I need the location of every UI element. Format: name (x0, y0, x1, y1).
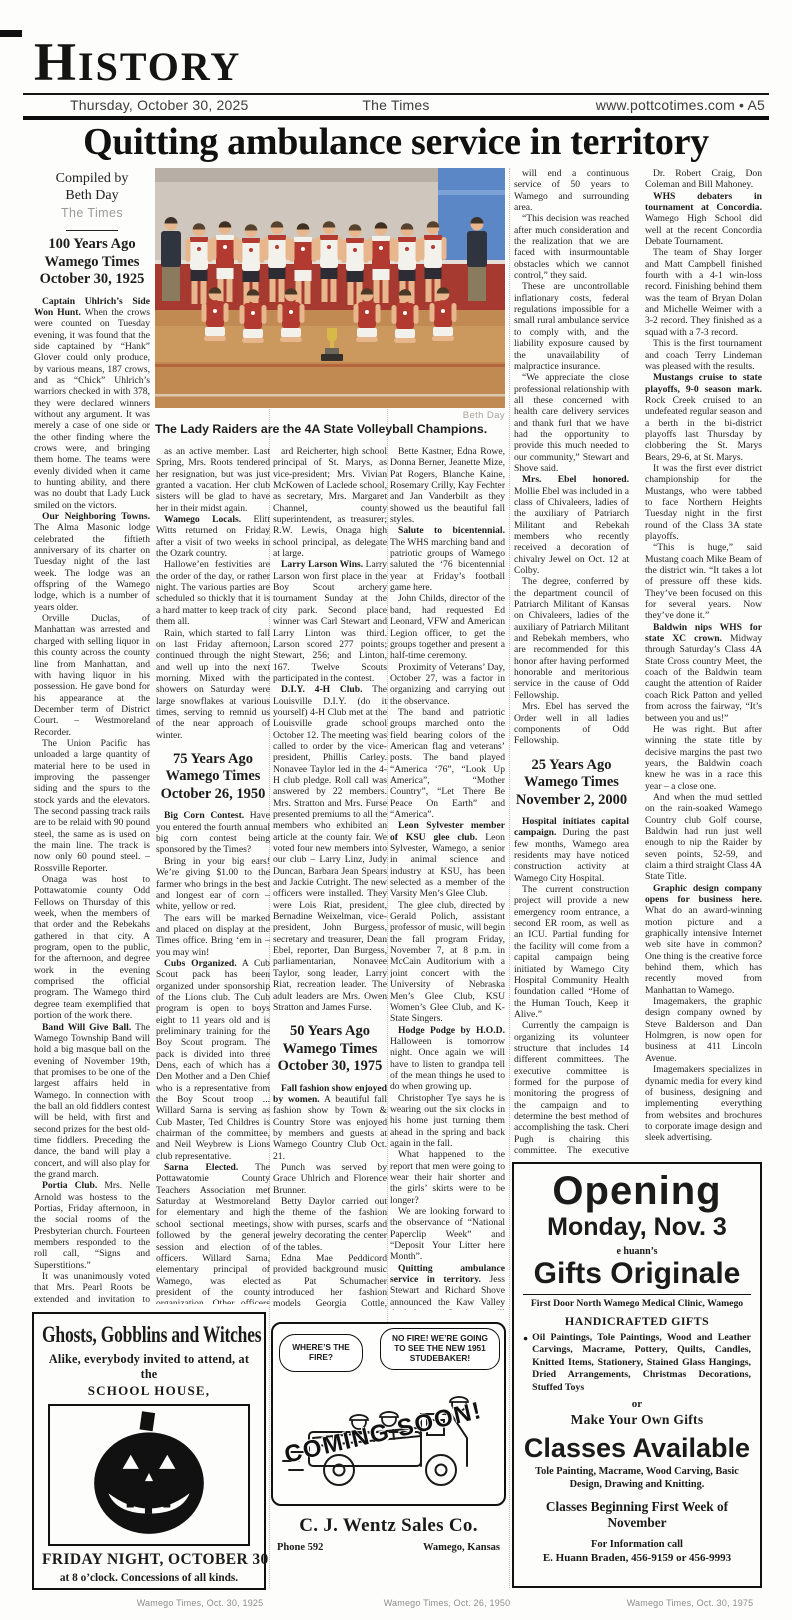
gifts-ad-classlist: Tole Painting, Macrame, Wood Carving, Ba… (523, 1466, 751, 1492)
news-paragraph: Portia Club. Mrs. Nelle Arnold was hoste… (34, 1180, 150, 1271)
halloween-ad-details: at 8 o’clock. Concessions of all kinds. (42, 1572, 256, 1584)
news-paragraph: ard Reicherter, high school principal of… (273, 446, 387, 559)
news-paragraph: “This decision was reached after much co… (514, 213, 629, 281)
news-paragraph: These are uncontrollable inflationary co… (514, 281, 629, 372)
news-paragraph: Punch was served by Grace Uhlrich and Fl… (273, 1162, 387, 1196)
news-paragraph: Bring in your big ears! We’re giving $1.… (156, 856, 270, 913)
byline-author: Beth Day (34, 187, 150, 204)
era-heading: 50 Years AgoWamego TimesOctober 30, 1975 (273, 1023, 387, 1076)
gifts-ad-contact: E. Huann Braden, 456-9159 or 456-9993 (523, 1552, 751, 1564)
dealer-name: C. J. Wentz Sales Co. (271, 1515, 506, 1537)
news-paragraph: Imagemakers, the graphic design company … (645, 996, 762, 1064)
news-paragraph: Christopher Tye says he is wearing out t… (390, 1093, 505, 1150)
gifts-ad-opening: Opening (523, 1170, 751, 1212)
news-paragraph: The band and patriotic groups marched on… (390, 707, 505, 820)
byline-block: Compiled by Beth Day The Times (34, 170, 150, 231)
news-paragraph: The degree, conferred by the department … (514, 576, 629, 701)
news-paragraph: Mustangs cruise to state playoffs, 9-0 s… (645, 372, 762, 463)
news-paragraph: Captain Uhlrich’s Side Won Hunt. When th… (34, 296, 150, 512)
gifts-ad-date: Monday, Nov. 3 (523, 1214, 751, 1241)
photo-credit: Beth Day (155, 410, 505, 421)
gifts-ad-items-text: Oil Paintings, Tole Paintings, Wood and … (532, 1332, 751, 1394)
dateline: Thursday, October 30, 2025 The Times www… (23, 97, 769, 114)
column-gutter (509, 168, 510, 1588)
newspaper-page: History Thursday, October 30, 2025 The T… (0, 0, 792, 1620)
news-paragraph: D.I.Y. 4-H Club. The Louisville D.I.Y. (… (273, 684, 387, 1013)
news-paragraph: Band Will Give Ball. The Wamego Township… (34, 1022, 150, 1181)
news-paragraph: Onaga was host to Pottawatomie county Od… (34, 874, 150, 1021)
news-paragraph: The Union Pacific has unloaded a large q… (34, 738, 150, 874)
scan-edge-mark (0, 30, 22, 37)
news-paragraph: Quitting ambulance service in territory.… (390, 1263, 505, 1310)
news-column-5: will end a continuous service of 50 year… (514, 168, 629, 1154)
news-paragraph: Salute to bicentennial. The WHS marching… (390, 525, 505, 593)
news-paragraph: Hospital initiates capital campaign. Dur… (514, 816, 629, 884)
team-photo (155, 168, 505, 408)
news-paragraph: Currently the campaign is organizing its… (514, 1020, 629, 1154)
jack-o-lantern-icon (85, 1410, 213, 1540)
gifts-ad-name: Gifts Originale (523, 1258, 751, 1290)
news-paragraph: Baldwin nips WHS for state XC crown. Mid… (645, 622, 762, 724)
masthead-rule (23, 93, 769, 95)
news-paragraph: Sarna Elected. The Pottawatomie County T… (156, 1162, 270, 1304)
halloween-ad-date: FRIDAY NIGHT, OCTOBER 30 (42, 1551, 256, 1569)
dealer-city: Wamego, Kansas (423, 1542, 500, 1553)
news-paragraph: The current construction project will pr… (514, 884, 629, 1020)
gifts-ad-make: Make Your Own Gifts (523, 1412, 751, 1428)
dateline-date: Thursday, October 30, 2025 (70, 97, 248, 113)
source-credit-1925: Wamego Times, Oct. 30, 1925 (137, 1598, 264, 1608)
news-paragraph: We are looking forward to the observance… (390, 1206, 505, 1263)
gifts-ad-info: For Information call (523, 1539, 751, 1550)
gifts-ad-address: First Door North Wamego Medical Clinic, … (523, 1294, 751, 1309)
news-paragraph: Cubs Organized. A Cub Scout pack has bee… (156, 958, 270, 1162)
news-paragraph: Hodge Podge by H.O.D. Halloween is tomor… (390, 1025, 505, 1093)
news-paragraph: The glee club, directed by Gerald Polich… (390, 900, 505, 1025)
news-paragraph: “This is huge,” said Mustang coach Mike … (645, 542, 762, 621)
news-paragraph: And when the mud settled on the rain-soa… (645, 792, 762, 883)
source-credit-1975: Wamego Times, Oct. 30, 1975 (627, 1598, 754, 1608)
era-heading: 100 Years AgoWamego TimesOctober 30, 192… (34, 236, 150, 289)
halloween-ad-subline: Alike, everybody invited to attend, at t… (42, 1352, 256, 1382)
byline-label: Compiled by (34, 170, 150, 187)
news-paragraph: Leon Sylvester member of KSU glee club. … (390, 820, 505, 899)
news-paragraph: Edna Mae Peddicord provided background m… (273, 1253, 387, 1310)
gifts-ad-or: or (523, 1398, 751, 1410)
news-column-4: Bette Kastner, Edna Rowe, Donna Berner, … (390, 446, 505, 1310)
news-paragraph: The team of Shay Iorger and Matt Campbel… (645, 247, 762, 338)
dealer-phone: Phone 592 (277, 1542, 323, 1553)
dateline-site: www.pottcotimes.com • A5 (596, 97, 765, 113)
photo-block: Beth Day The Lady Raiders are the 4A Sta… (155, 168, 505, 436)
news-paragraph: Big Corn Contest. Have you entered the f… (156, 810, 270, 855)
source-credit-1950: Wamego Times, Oct. 26, 1950 (384, 1598, 511, 1608)
news-paragraph: Hallowe’en festivities are the order of … (156, 559, 270, 627)
news-paragraph: This is the first tournament and coach T… (645, 338, 762, 372)
news-paragraph: will end a continuous service of 50 year… (514, 168, 629, 213)
comic-panel: WHERE’S THE FIRE? NO FIRE! WE’RE GOING T… (271, 1322, 506, 1506)
news-paragraph: Dr. Robert Craig, Don Coleman and Bill M… (645, 168, 762, 191)
news-paragraph: Proximity of Veterans’ Day, October 27, … (390, 662, 505, 707)
bullet-icon: ● (523, 1332, 528, 1394)
news-paragraph: Imagemakers specializes in dynamic media… (645, 1064, 762, 1143)
studebaker-ad: WHERE’S THE FIRE? NO FIRE! WE’RE GOING T… (271, 1322, 506, 1590)
news-paragraph: It was the first ever district champions… (645, 463, 762, 542)
gifts-ad-section: HANDICRAFTED GIFTS (523, 1314, 751, 1329)
news-paragraph: “We appreciate the close professional re… (514, 372, 629, 474)
news-paragraph: Wamego Locals. Elitt Witts returned on F… (156, 514, 270, 559)
speech-bubble-answer: NO FIRE! WE’RE GOING TO SEE THE NEW 1951… (380, 1328, 500, 1370)
halloween-ad: Ghosts, Gobblins and Witches Alike, ever… (32, 1312, 266, 1590)
dateline-paper: The Times (362, 97, 429, 113)
byline-org: The Times (34, 206, 150, 220)
news-column-2: as an active member. Last Spring, Mrs. R… (156, 446, 270, 1304)
news-paragraph: What happened to the report that men wer… (390, 1149, 505, 1206)
photo-caption: The Lady Raiders are the 4A State Volley… (155, 422, 505, 436)
gifts-ad: Opening Monday, Nov. 3 e huann’s Gifts O… (512, 1162, 762, 1588)
section-masthead: History (34, 36, 241, 93)
era-heading: 75 Years AgoWamego TimesOctober 26, 1950 (156, 751, 270, 804)
news-paragraph: as an active member. Last Spring, Mrs. R… (156, 446, 270, 514)
gifts-ad-classes: Classes Available (523, 1433, 751, 1463)
news-paragraph: Orville Duclas, of Manhattan was arreste… (34, 613, 150, 738)
news-paragraph: The ears will be marked and placed on di… (156, 913, 270, 958)
byline-rule (66, 230, 118, 231)
gifts-ad-shop: e huann’s (523, 1246, 751, 1257)
news-paragraph: Our Neighboring Towns. The Alma Masonic … (34, 511, 150, 613)
speech-bubble-question: WHERE’S THE FIRE? (279, 1334, 363, 1372)
halloween-ad-headline: Ghosts, Gobblins and Witches (42, 1321, 256, 1348)
halloween-ad-venue: SCHOOL HOUSE, (42, 1383, 256, 1399)
news-paragraph: Betty Daylor carried out the theme of th… (273, 1196, 387, 1253)
news-paragraph: Graphic design company opens for busines… (645, 883, 762, 996)
news-paragraph: Fall fashion show enjoyed by women. A be… (273, 1083, 387, 1162)
era-heading: 25 Years AgoWamego TimesNovember 2, 2000 (514, 757, 629, 810)
news-paragraph: WHS debaters in tournament at Concordia.… (645, 191, 762, 248)
news-paragraph: Larry Larson Wins. Larry Larson won firs… (273, 559, 387, 684)
news-column-3: ard Reicherter, high school principal of… (273, 446, 387, 1310)
news-paragraph: John Childs, director of the band, had r… (390, 593, 505, 661)
news-paragraph: He was right. But after winning the stat… (645, 724, 762, 792)
news-paragraph: It was unanimously voted that Mrs. Pearl… (34, 1271, 150, 1302)
gifts-ad-begin: Classes Beginning First Week of November (523, 1499, 751, 1531)
dealer-contact-row: Phone 592 Wamego, Kansas (271, 1542, 506, 1553)
news-paragraph: Rain, which started to fall on last Frid… (156, 628, 270, 741)
news-paragraph: Mrs. Ebel has served the Order well in a… (514, 701, 629, 746)
news-column-6: Dr. Robert Craig, Don Coleman and Bill M… (645, 168, 762, 1168)
page-headline: Quitting ambulance service in territory (0, 120, 792, 164)
pumpkin-frame (48, 1404, 250, 1546)
news-paragraph: Mrs. Ebel honored. Mollie Ebel was inclu… (514, 474, 629, 576)
news-paragraph: Bette Kastner, Edna Rowe, Donna Berner, … (390, 446, 505, 525)
gifts-ad-items: ● Oil Paintings, Tole Paintings, Wood an… (523, 1332, 751, 1394)
news-column-1: 100 Years AgoWamego TimesOctober 30, 192… (34, 236, 150, 1302)
